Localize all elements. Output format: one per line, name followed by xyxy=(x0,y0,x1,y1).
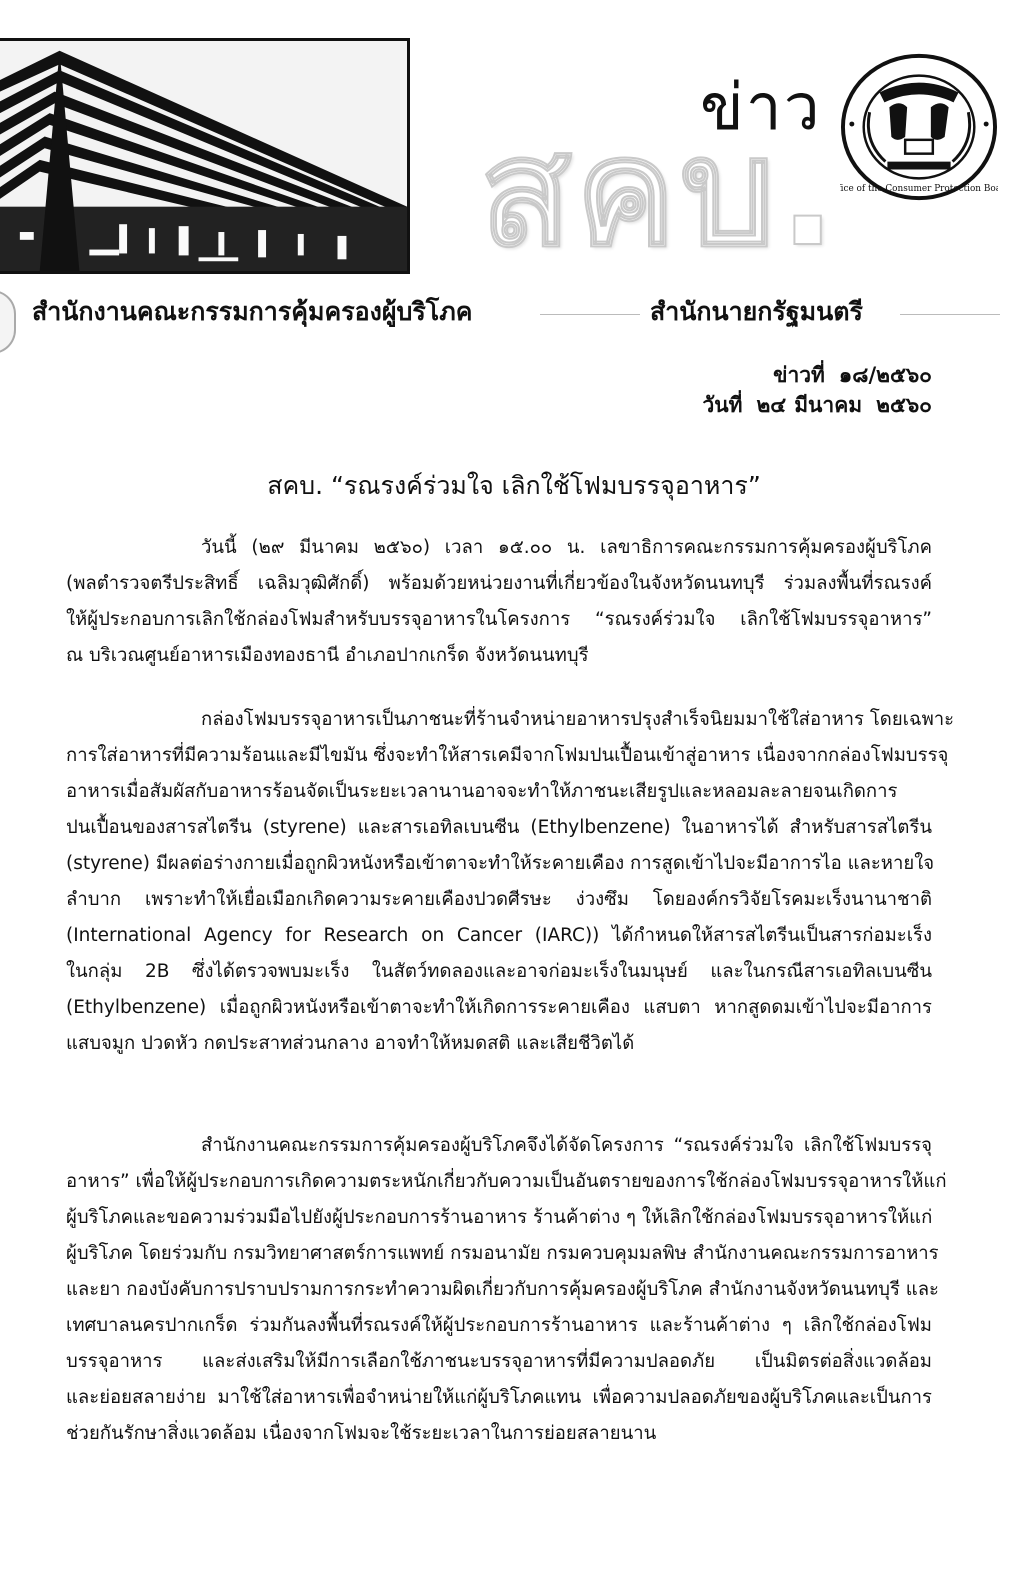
paragraph-line: วันนี้ (๒๙ มีนาคม ๒๕๖๐) เวลา ๑๕.๐๐ น. เล… xyxy=(66,530,932,566)
news-number-label: ข่าวที่ xyxy=(773,360,825,390)
paragraph-line: อาหาร” เพื่อให้ผู้ประกอบการเกิดความตระหน… xyxy=(66,1164,932,1200)
paragraph-line: ในกลุ่ม 2B ซึ่งได้ตรวจพบมะเร็ง ในสัตว์ทด… xyxy=(66,954,932,990)
paragraph-line: การใส่อาหารที่มีความร้อนและมีไขมัน ซึ่งจ… xyxy=(66,738,932,774)
org-name-pm-office: สำนักนายกรัฐมนตรี xyxy=(650,292,863,332)
paragraph-line: ผู้บริโภค โดยร่วมกับ กรมวิทยาศาสตร์การแพ… xyxy=(66,1236,932,1272)
paragraph-line: ณ บริเวณศูนย์อาหารเมืองทองธานี อำเภอปากเ… xyxy=(66,638,932,674)
ocpb-seal-icon: Office of the Consumer Protection Board xyxy=(840,52,998,202)
news-meta: ข่าวที่ ๑๘/๒๕๖๐ วันที่ ๒๔ มีนาคม ๒๕๖๐ xyxy=(702,360,932,420)
paragraph-line: ให้ผู้ประกอบการเลิกใช้กล่องโฟมสำหรับบรรจ… xyxy=(66,602,932,638)
paragraph-line: (พลตำรวจตรีประสิทธิ์ เฉลิมวุฒิศักดิ์) พร… xyxy=(66,566,932,602)
paragraph-line: ปนเปื้อนของสารสไตรีน (styrene) และสารเอท… xyxy=(66,810,932,846)
building-image-icon xyxy=(0,41,407,271)
paragraph-line: แสบจมูก ปวดหัว กดประสาทส่วนกลาง อาจทำให้… xyxy=(66,1026,932,1062)
paragraph-2: กล่องโฟมบรรจุอาหารเป็นภาชนะที่ร้านจำหน่า… xyxy=(66,702,932,1062)
paragraph-line: กล่องโฟมบรรจุอาหารเป็นภาชนะที่ร้านจำหน่า… xyxy=(66,702,932,738)
date-year: ๒๕๖๐ xyxy=(876,390,932,420)
svg-text:Office of the Consumer Protect: Office of the Consumer Protection Board xyxy=(840,184,998,194)
date-month: มีนาคม xyxy=(794,390,862,420)
date-day: ๒๔ xyxy=(756,390,786,420)
paragraph-line: ผู้บริโภคและขอความร่วมมือไปยังผู้ประกอบก… xyxy=(66,1200,932,1236)
paragraph-line: อาหารเมื่อสัมผัสกับอาหารร้อนจัดเป็นระยะเ… xyxy=(66,774,932,810)
news-title: สคบ. “รณรงค์ร่วมใจ เลิกใช้โฟมบรรจุอาหาร” xyxy=(0,466,1028,506)
paragraph-line: และย่อยสลายง่าย มาใช้ใส่อาหารเพื่อจำหน่า… xyxy=(66,1380,932,1416)
paragraph-line: เทศบาลนครปากเกร็ด ร่วมกันลงพื้นที่รณรงค์… xyxy=(66,1308,932,1344)
date-label: วันที่ xyxy=(702,390,742,420)
paragraph-line: บรรจุอาหาร และส่งเสริมให้มีการเลือกใช้ภา… xyxy=(66,1344,932,1380)
divider-line xyxy=(900,314,1000,315)
news-number-value: ๑๘/๒๕๖๐ xyxy=(839,360,932,390)
paragraph-line: ลำบาก เพราะทำให้เยื่อเมือกเกิดความระคายเ… xyxy=(66,882,932,918)
ocpb-logo-text: สคบ. xyxy=(480,118,840,268)
paragraph-line: (styrene) มีผลต่อร่างกายเมื่อถูกผิวหนังห… xyxy=(66,846,932,882)
divider-line xyxy=(540,314,640,315)
paragraph-line: สำนักงานคณะกรรมการคุ้มครองผู้บริโภคจึงได… xyxy=(66,1128,932,1164)
paragraph-3: สำนักงานคณะกรรมการคุ้มครองผู้บริโภคจึงได… xyxy=(66,1128,932,1452)
page-edge-tab xyxy=(0,290,16,354)
paragraph-1: วันนี้ (๒๙ มีนาคม ๒๕๖๐) เวลา ๑๕.๐๐ น. เล… xyxy=(66,530,932,674)
building-photo xyxy=(0,38,410,274)
org-name-ocpb: สำนักงานคณะกรรมการคุ้มครองผู้บริโภค xyxy=(32,292,472,332)
news-date-row: วันที่ ๒๔ มีนาคม ๒๕๖๐ xyxy=(702,390,932,420)
paragraph-line: (Ethylbenzene) เมื่อถูกผิวหนังหรือเข้าตา… xyxy=(66,990,932,1026)
news-number-row: ข่าวที่ ๑๘/๒๕๖๐ xyxy=(702,360,932,390)
paragraph-line: ช่วยกันรักษาสิ่งแวดล้อม เนื่องจากโฟมจะใช… xyxy=(66,1416,932,1452)
paragraph-line: และยา กองบังคับการปราบปรามการกระทำความผิ… xyxy=(66,1272,932,1308)
paragraph-line: (International Agency for Research on Ca… xyxy=(66,918,932,954)
